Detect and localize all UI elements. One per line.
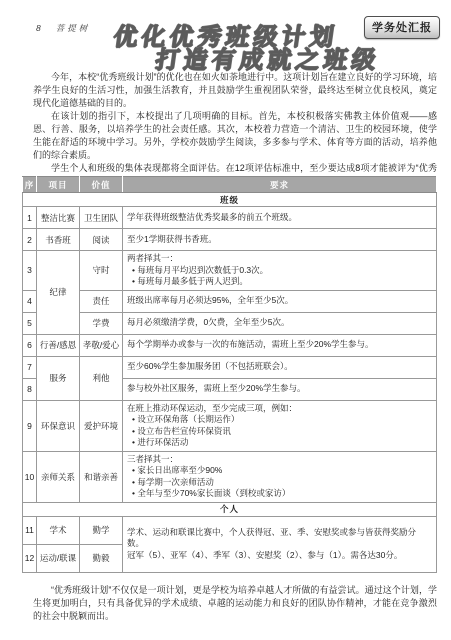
item-cell: 整洁比赛 xyxy=(37,207,80,229)
section-label: 个人 xyxy=(23,502,437,516)
item-cell: 环保意识 xyxy=(37,400,80,451)
table-row: 9环保意识爱护环境在班上推动环保运动，至少完成三项，例如：• 设立环保角落（长期… xyxy=(23,400,437,451)
row-number: 5 xyxy=(23,312,37,334)
row-number: 3 xyxy=(23,251,37,291)
item-cell: 纪律 xyxy=(37,251,80,335)
table-row: 2书香班阅读至少1学期获得书香班。 xyxy=(23,229,437,251)
table-row: 5学费每月必须缴清学费，0欠费，全年至少5次。 xyxy=(23,312,437,334)
requirement-line: • 设立环保角落（长期运作） xyxy=(127,414,432,426)
value-cell: 和谐亲善 xyxy=(80,451,123,502)
requirement-line: 每个学期举办或参与一次的布施活动，需班上至少20%学生参与。 xyxy=(127,339,432,351)
requirement-line: • 设立布告栏宣传环保资讯 xyxy=(127,426,432,438)
requirement-line: 至少1学期获得书香班。 xyxy=(127,234,432,246)
closing-paragraph: “优秀班级计划”不仅仅是一项计划，更是学校为培养卓越人才所做的有益尝试。通过这个… xyxy=(33,584,437,623)
requirement-line: 每月必须缴清学费，0欠费，全年至少5次。 xyxy=(127,317,432,329)
requirement-line: • 进行环保活动 xyxy=(127,437,432,449)
requirement-line: • 全年与至少70%家长面谈（到校或家访） xyxy=(127,488,432,500)
section-row: 班级 xyxy=(23,193,437,207)
requirement-cell: 班级出席率每月必须达95%，全年至少5次。 xyxy=(123,290,437,312)
item-cell: 学术 xyxy=(37,516,80,544)
value-cell: 勤毅 xyxy=(80,544,123,572)
row-number: 10 xyxy=(23,451,37,502)
intro-paragraph: 今年，本校“优秀班级计划”的优化也在如火如荼地进行中。这项计划旨在建立良好的学习… xyxy=(33,71,437,110)
requirement-line: • 每班每月最多低于两人迟到。 xyxy=(127,276,432,288)
value-cell: 爱护环境 xyxy=(80,400,123,451)
table-row: 7服务利他至少60%学生参加服务团（不包括班联会）。 xyxy=(23,356,437,378)
requirement-cell: 每个学期举办或参与一次的布施活动，需班上至少20%学生参与。 xyxy=(123,334,437,356)
row-number: 11 xyxy=(23,516,37,544)
table-row: 1整洁比赛卫生团队学年获得班级整洁优秀奖最多的前五个班级。 xyxy=(23,207,437,229)
requirement-line: 班级出席率每月必须达95%，全年至少5次。 xyxy=(127,295,432,307)
requirement-line: 在班上推动环保运动，至少完成三项，例如： xyxy=(127,403,432,415)
requirement-line: 冠军（5）、亚军（4）、季军（3）、安慰奖（2）、参与（1）。需各达30分。 xyxy=(127,550,432,562)
article-title-line1: 优化优秀班级计划 xyxy=(0,26,451,49)
item-cell: 服务 xyxy=(37,356,80,400)
item-cell: 亲师关系 xyxy=(37,451,80,502)
value-cell: 孝敬/爱心 xyxy=(80,334,123,356)
requirement-line: 学年获得班级整洁优秀奖最多的前五个班级。 xyxy=(127,212,432,224)
requirement-line: 参与校外社区服务，需班上至少20%学生参与。 xyxy=(127,383,432,395)
item-cell: 运动/联课 xyxy=(37,544,80,572)
requirement-line: • 每班每月平均迟到次数低于0.3次。 xyxy=(127,265,432,277)
requirement-cell: 在班上推动环保运动，至少完成三项，例如：• 设立环保角落（长期运作）• 设立布告… xyxy=(123,400,437,451)
requirement-cell: 每月必须缴清学费，0欠费，全年至少5次。 xyxy=(123,312,437,334)
requirement-cell: 学年获得班级整洁优秀奖最多的前五个班级。 xyxy=(123,207,437,229)
column-header: 要求 xyxy=(123,177,437,193)
value-cell: 勤学 xyxy=(80,516,123,544)
requirement-cell: 参与校外社区服务，需班上至少20%学生参与。 xyxy=(123,378,437,400)
requirement-line: • 家长日出席率至少90% xyxy=(127,465,432,477)
requirement-cell: 至少60%学生参加服务团（不包括班联会）。 xyxy=(123,356,437,378)
column-header: 序 xyxy=(23,177,37,193)
table-row: 3纪律守时两者择其一：• 每班每月平均迟到次数低于0.3次。• 每班每月最多低于… xyxy=(23,251,437,291)
article-title: 优化优秀班级计划 打造有成就之班级 xyxy=(0,26,451,72)
magazine-page: 8菩提树 学务处汇报 优化优秀班级计划 打造有成就之班级 今年，本校“优秀班级计… xyxy=(0,0,451,640)
criteria-table: 序项目价值要求 班级1整洁比赛卫生团队学年获得班级整洁优秀奖最多的前五个班级。2… xyxy=(22,176,437,573)
table-header: 序项目价值要求 xyxy=(23,177,437,193)
requirement-cell: 三者择其一：• 家长日出席率至少90%• 每学期一次亲师活动• 全年与至少70%… xyxy=(123,451,437,502)
value-cell: 阅读 xyxy=(80,229,123,251)
table-row: 6行善/感恩孝敬/爱心每个学期举办或参与一次的布施活动，需班上至少20%学生参与… xyxy=(23,334,437,356)
value-cell: 卫生团队 xyxy=(80,207,123,229)
requirement-line: 两者择其一： xyxy=(127,253,432,265)
row-number: 12 xyxy=(23,544,37,572)
value-cell: 学费 xyxy=(80,312,123,334)
requirement-line: 至少60%学生参加服务团（不包括班联会）。 xyxy=(127,361,432,373)
table-row: 10亲师关系和谐亲善三者择其一：• 家长日出席率至少90%• 每学期一次亲师活动… xyxy=(23,451,437,502)
requirement-line: 学术、运动和联课比赛中，个人获得冠、亚、季、安慰奖或参与皆获得奖励分数。 xyxy=(127,527,432,550)
section-row: 个人 xyxy=(23,502,437,516)
row-number: 7 xyxy=(23,356,37,378)
requirement-cell: 两者择其一：• 每班每月平均迟到次数低于0.3次。• 每班每月最多低于两人迟到。 xyxy=(123,251,437,291)
row-number: 6 xyxy=(23,334,37,356)
table-header-row: 序项目价值要求 xyxy=(23,177,437,193)
requirement-line: 三者择其一： xyxy=(127,454,432,466)
value-cell: 守时 xyxy=(80,251,123,291)
item-cell: 行善/感恩 xyxy=(37,334,80,356)
row-number: 8 xyxy=(23,378,37,400)
goals-paragraph: 在该计划的指引下，本校提出了几项明确的目标。首先，本校积极落实佛教主体价值观——… xyxy=(33,110,437,162)
section-label: 班级 xyxy=(23,193,437,207)
table-body: 班级1整洁比赛卫生团队学年获得班级整洁优秀奖最多的前五个班级。2书香班阅读至少1… xyxy=(23,193,437,573)
column-header: 项目 xyxy=(37,177,80,193)
value-cell: 责任 xyxy=(80,290,123,312)
requirement-line: • 每学期一次亲师活动 xyxy=(127,477,432,489)
row-number: 4 xyxy=(23,290,37,312)
row-number: 2 xyxy=(23,229,37,251)
row-number: 9 xyxy=(23,400,37,451)
table-row: 4责任班级出席率每月必须达95%，全年至少5次。 xyxy=(23,290,437,312)
article-body: 今年，本校“优秀班级计划”的优化也在如火如荼地进行中。这项计划旨在建立良好的学习… xyxy=(33,71,437,188)
requirement-cell: 学术、运动和联课比赛中，个人获得冠、亚、季、安慰奖或参与皆获得奖励分数。冠军（5… xyxy=(123,516,437,572)
item-cell: 书香班 xyxy=(37,229,80,251)
table-row: 11学术勤学学术、运动和联课比赛中，个人获得冠、亚、季、安慰奖或参与皆获得奖励分… xyxy=(23,516,437,544)
article-title-line2: 打造有成就之班级 xyxy=(40,49,451,72)
row-number: 1 xyxy=(23,207,37,229)
value-cell: 利他 xyxy=(80,356,123,400)
column-header: 价值 xyxy=(80,177,123,193)
requirement-cell: 至少1学期获得书香班。 xyxy=(123,229,437,251)
